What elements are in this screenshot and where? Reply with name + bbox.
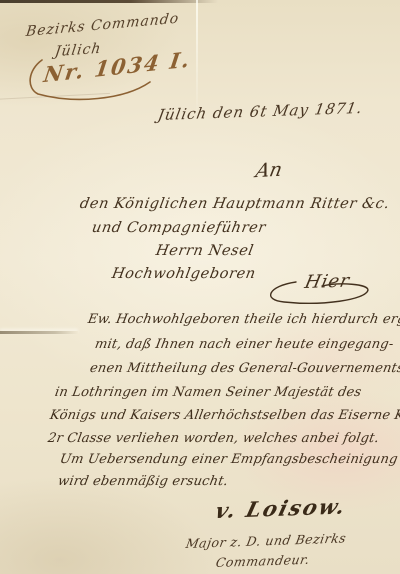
delivery-note-flourish xyxy=(262,276,372,306)
letter-scan: Bezirks Commando Jülich Nr. 1034 I. Jüli… xyxy=(0,0,400,574)
dateline: Jülich den 6t May 1871. xyxy=(156,99,364,124)
body-line: Ew. Hochwohlgeboren theile ich hierdurch… xyxy=(87,312,400,327)
scan-edge-shadow xyxy=(0,0,218,3)
office-name: Bezirks Commando xyxy=(25,10,180,40)
addressee-name: Herrn Nesel xyxy=(155,243,255,259)
body-line: in Lothringen im Namen Seiner Majestät d… xyxy=(54,385,363,400)
body-line: mit, daß Ihnen nach einer heute eingegan… xyxy=(94,337,395,352)
signature-title: Commandeur. xyxy=(215,552,311,570)
body-line: Um Uebersendung einer Empfangsbescheinig… xyxy=(59,452,399,467)
reference-underline-flourish xyxy=(24,58,154,103)
fold-crease-left xyxy=(0,331,78,334)
address-line: den Königlichen Hauptmann Ritter &c. xyxy=(79,196,391,212)
address-honorific: Hochwohlgeboren xyxy=(111,266,258,282)
signature-title: Major z. D. und Bezirks xyxy=(185,530,348,551)
body-line: 2r Classe verliehen worden, welches anbe… xyxy=(47,431,381,446)
signature: v. Loisow. xyxy=(213,493,350,523)
body-line: enen Mittheilung des General-Gouvernemen… xyxy=(89,361,400,376)
salutation: An xyxy=(254,159,284,183)
body-line: Königs und Kaisers Allerhöchstselben das… xyxy=(49,408,400,423)
body-line: wird ebenmäßig ersucht. xyxy=(57,474,230,489)
address-line: und Compagnieführer xyxy=(91,220,268,236)
fold-crease-vertical xyxy=(196,0,198,120)
